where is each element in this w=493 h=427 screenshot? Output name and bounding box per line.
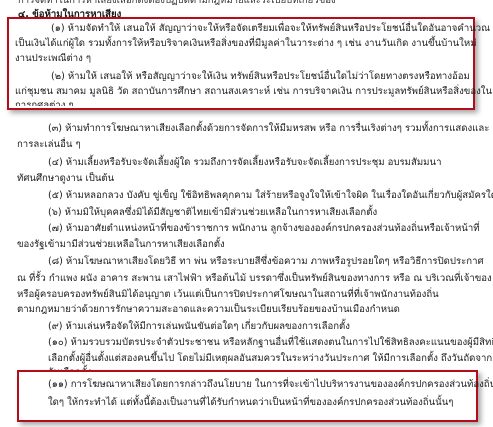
body-line: (๙) ห้ามเล่นหรือจัดให้มีการเล่นพนันขันต่… (48, 320, 350, 333)
body-line: เลือกตั้งผู้อื่นตั้งแต่สองคนขึ้นไป โดยไม… (48, 352, 492, 365)
body-line: ตามกฎหมายว่าด้วยการรักษาความสะอาดและความ… (17, 303, 400, 316)
body-line: ณ ที่รั้ว กำแพง ผนัง อาคาร สะพาน เสาไฟฟ้… (17, 272, 492, 285)
callout-1-line: (๒) ห้ามให้ เสนอให้ หรือสัญญาว่าจะให้เงิ… (51, 70, 470, 83)
body-line: การละเล่นอื่น ๆ (17, 138, 81, 151)
callout-1-line: งานประเพณีต่าง ๆ (15, 52, 91, 65)
body-line: (๘) ห้ามโฆษณาหาเสียงโดยวิธี ทา พ่น หรือร… (48, 255, 484, 268)
callout-1-line: แก่ชุมชน สมาคม มูลนิธิ วัด สถาบันการศึกษ… (15, 85, 492, 98)
callout-1-line: เป็นเงินได้แก่ผู้ใด รวมทั้งการให้หรือบริ… (15, 37, 477, 50)
cut-off-line: การจัดทำในการหาเสียงเลือกตั้งต้องปฏิบัติ… (18, 0, 336, 7)
callout-2-line: (๑๑) การโฆษณาหาเสียงโดยการกล่าวถึงนโยบาย… (48, 378, 493, 391)
body-line: (๔) ห้ามเลี้ยงหรือรับจะจัดเลี้ยงผู้ใด รว… (48, 156, 441, 169)
callout-2-line: ใดๆ ให้กระทำได้ แต่ทั้งนี้ต้องเป็นงานที่… (48, 396, 453, 409)
body-line: (๗) ห้ามอาศัยตำแหน่งหน้าที่ของข้าราชการ … (48, 222, 480, 235)
document-page: การจัดทำในการหาเสียงเลือกตั้งต้องปฏิบัติ… (0, 0, 493, 427)
body-line: ของรัฐเข้ามามีส่วนช่วยเหลือในการหาเสียงเ… (17, 238, 225, 251)
body-line: (๑๐) ห้ามรวบรวมบัตรประจำตัวประชาชน หรือห… (48, 336, 493, 349)
body-line: (๓) ห้ามทำการโฆษณาหาเสียงเลือกตั้งด้วยกา… (48, 122, 489, 135)
body-line: (๕) ห้ามหลอกลวง บังคับ ขู่เข็ญ ใช้อิทธิพ… (48, 189, 493, 202)
callout-1-line: การกุศลต่าง ๆ (15, 99, 74, 106)
body-line: (๖) ห้ามมิให้บุคคลซึ่งมิได้มีสัญชาติไทยเ… (48, 206, 377, 219)
callout-box-item-11: (๑๑) การโฆษณาหาเสียงโดยการกล่าวถึงนโยบาย… (17, 370, 478, 422)
body-line: หรือผู้ครอบครองทรัพย์สินมิได้อนุญาต เว้น… (17, 288, 439, 301)
callout-box-items-1-2: (๑) ห้ามจัดทำให้ เสนอให้ สัญญาว่าจะให้หร… (7, 17, 475, 110)
callout-1-line: (๑) ห้ามจัดทำให้ เสนอให้ สัญญาว่าจะให้หร… (51, 22, 490, 35)
body-line: ทัศนศึกษาดูงาน เป็นต้น (17, 172, 114, 185)
